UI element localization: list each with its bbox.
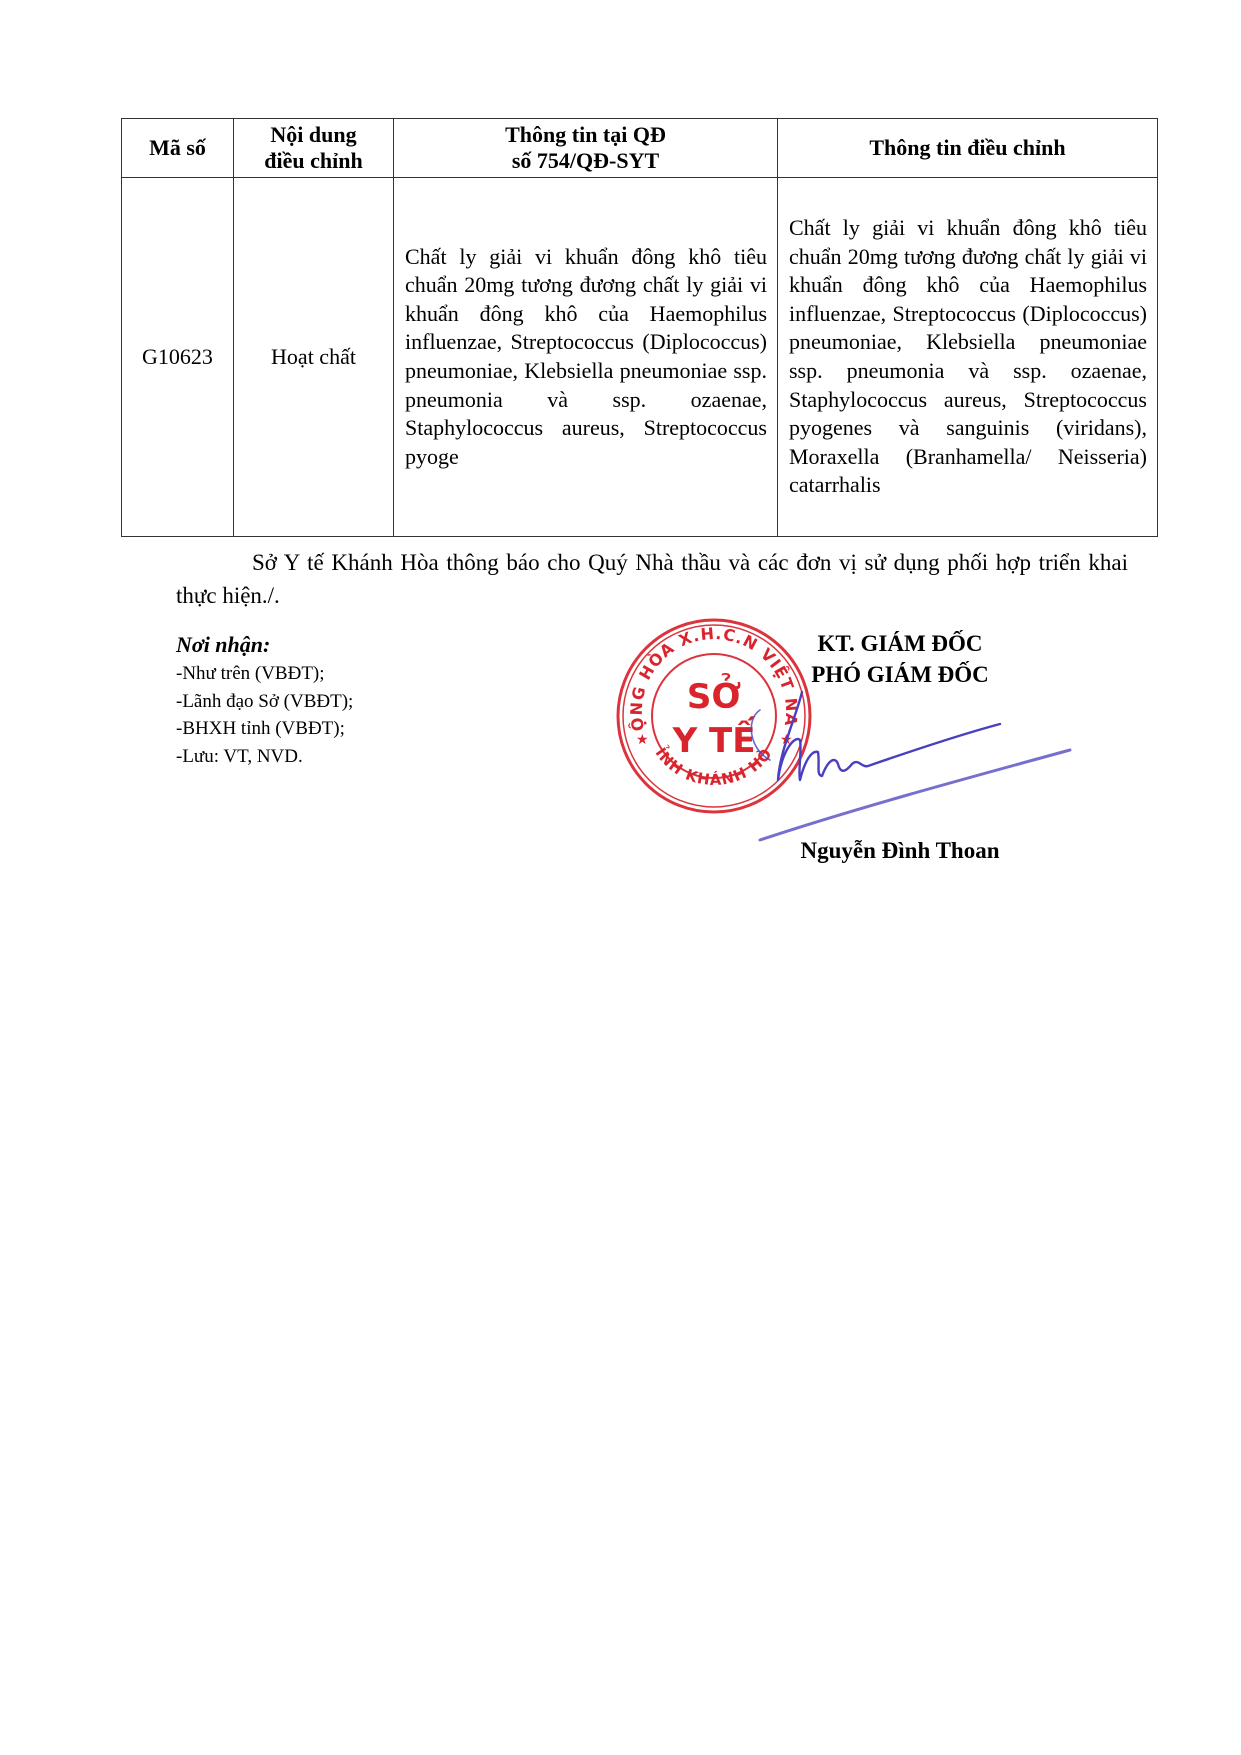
cell-adjusted-info: Chất ly giải vi khuẩn đông khô tiêu chuẩ…: [778, 178, 1158, 537]
handwritten-signature-icon: [740, 680, 1080, 850]
body-paragraph: Sở Y tế Khánh Hòa thông báo cho Quý Nhà …: [176, 546, 1128, 612]
recipient-item: -BHXH tỉnh (VBĐT);: [176, 715, 476, 743]
document-page: Mã số Nội dung điều chỉnh Thông tin tại …: [0, 0, 1241, 1755]
recipient-item: -Như trên (VBĐT);: [176, 660, 476, 688]
cell-code: G10623: [122, 178, 234, 537]
recipient-item: -Lãnh đạo Sở (VBĐT);: [176, 688, 476, 716]
header-content: Nội dung điều chỉnh: [234, 119, 394, 178]
stamp-center-line1: SỞ: [687, 673, 741, 717]
recipients-title: Nơi nhận:: [176, 630, 476, 660]
cell-original-info: Chất ly giải vi khuẩn đông khô tiêu chuẩ…: [394, 178, 778, 537]
header-code: Mã số: [122, 119, 234, 178]
header-adjusted-info: Thông tin điều chỉnh: [778, 119, 1158, 178]
body-paragraph-text: Sở Y tế Khánh Hòa thông báo cho Quý Nhà …: [176, 550, 1128, 608]
table-row: G10623 Hoạt chất Chất ly giải vi khuẩn đ…: [122, 178, 1158, 537]
recipient-item: -Lưu: VT, NVD.: [176, 743, 476, 771]
stamp-star-icon: ★: [636, 732, 649, 748]
recipients-block: Nơi nhận: -Như trên (VBĐT); -Lãnh đạo Sở…: [176, 630, 476, 770]
signer-name: Nguyễn Đình Thoan: [690, 838, 1110, 864]
cell-content: Hoạt chất: [234, 178, 394, 537]
header-original-info: Thông tin tại QĐ số 754/QĐ-SYT: [394, 119, 778, 178]
adjustment-table: Mã số Nội dung điều chỉnh Thông tin tại …: [121, 118, 1158, 537]
table-header-row: Mã số Nội dung điều chỉnh Thông tin tại …: [122, 119, 1158, 178]
